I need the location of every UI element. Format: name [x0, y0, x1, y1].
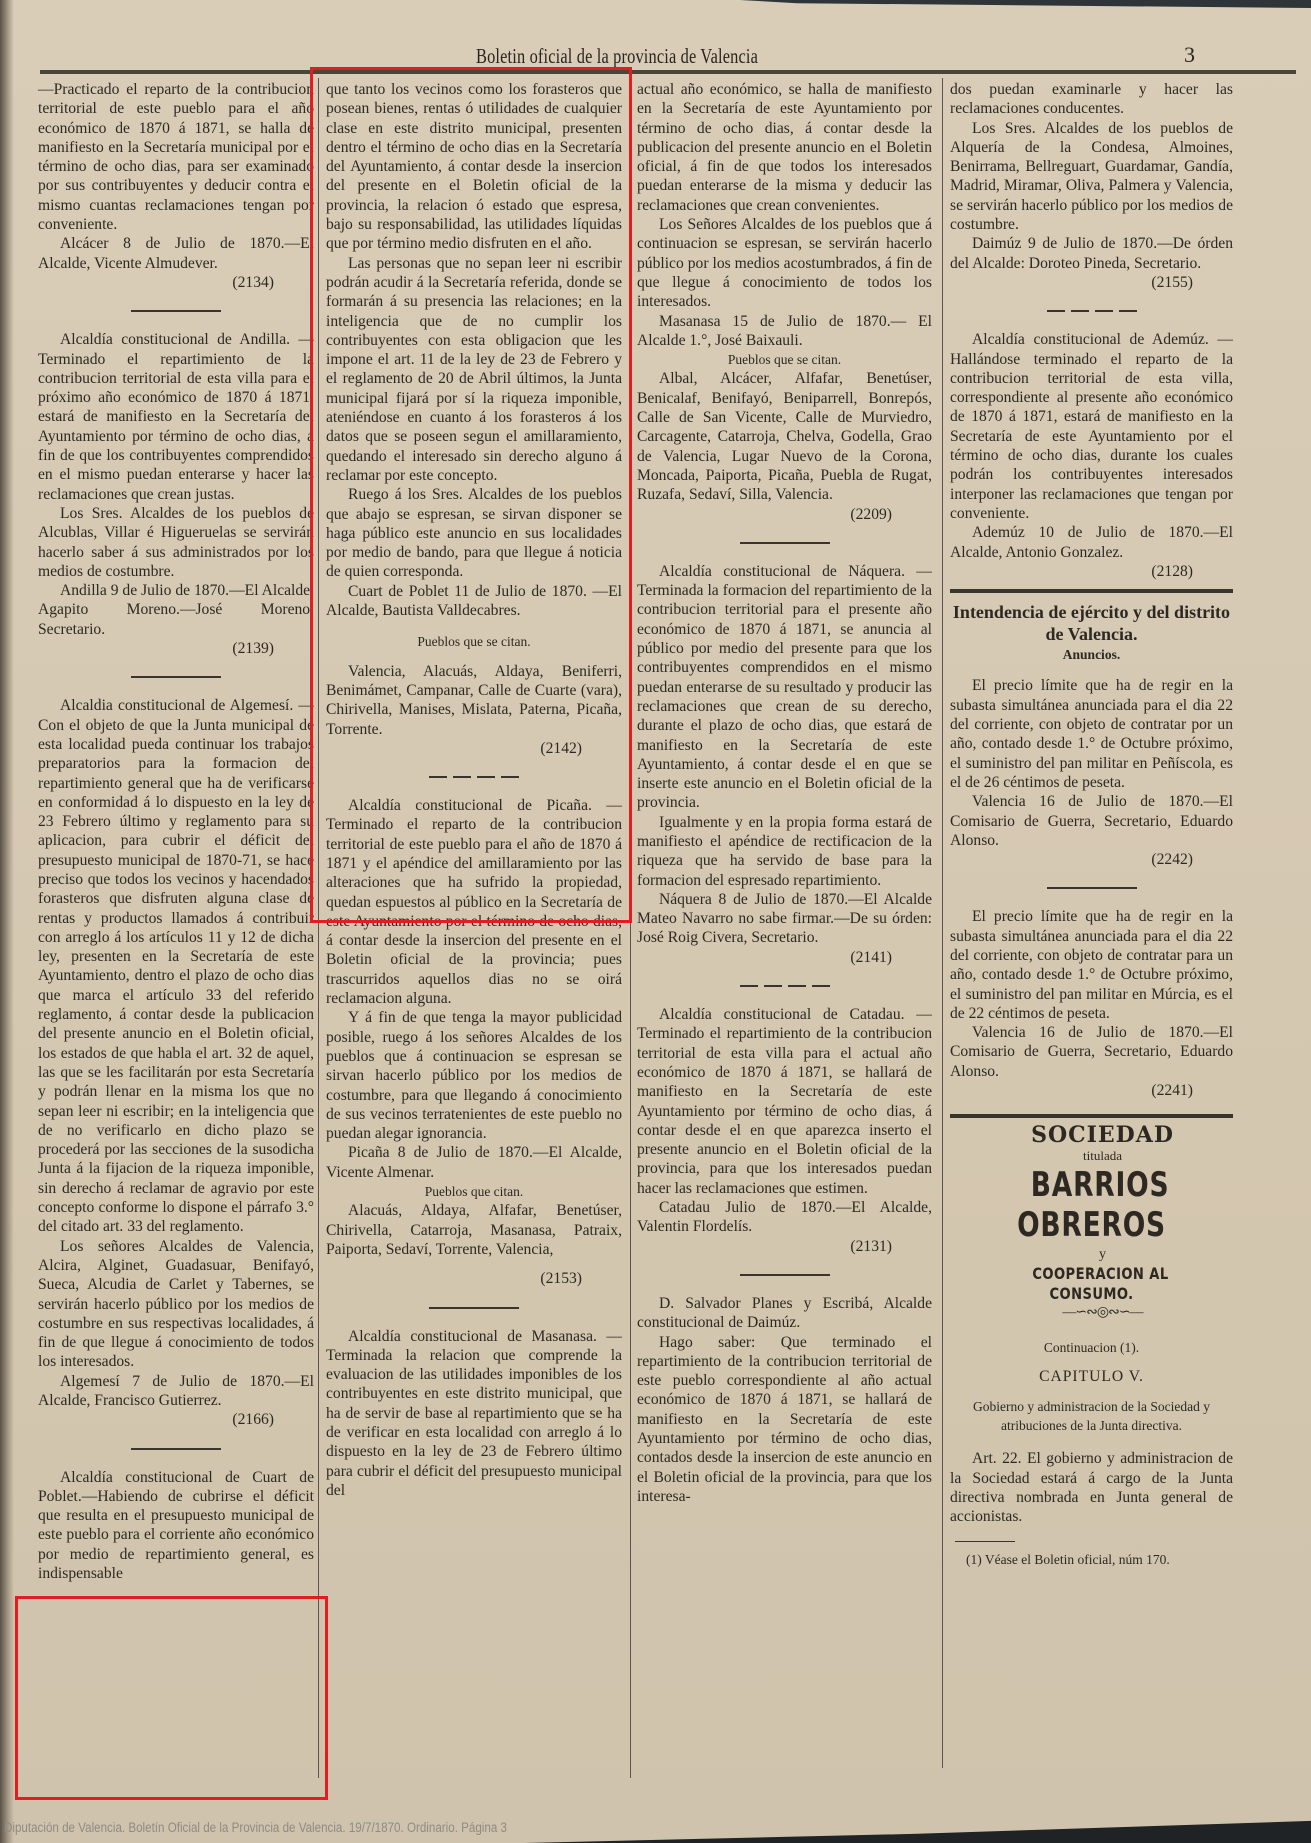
separator-rule [1047, 310, 1137, 312]
separator-rule [429, 776, 519, 778]
notice-reference: (2131) [637, 1237, 932, 1256]
column-divider [630, 78, 631, 1778]
notice-body: Alcaldía constitucional de Cuart de Pobl… [38, 1468, 314, 1584]
column-3: actual año económico, se halla de manifi… [637, 80, 932, 1506]
society-title-cooperacion: COOPERACION AL CONSUMO. [975, 1264, 1207, 1303]
notice-signature: Náquera 8 de Julio de 1870.—El Alcalde M… [637, 890, 932, 948]
notice-reference: (2142) [326, 739, 622, 758]
separator-rule [740, 985, 830, 987]
section-intendencia: Intendencia de ejército y del distrito d… [950, 601, 1233, 1100]
column-1: —Practicado el reparto de la contribucio… [38, 80, 314, 1583]
notice-cuart-de-poblet-start: Alcaldía constitucional de Cuart de Pobl… [38, 1468, 314, 1584]
notice-body: Alcaldía constitucional de Ademúz. —Hall… [950, 330, 1233, 523]
header-rule [40, 70, 1296, 74]
notice-picana: Alcaldía constitucional de Picaña. —Term… [326, 796, 622, 1288]
separator-rule [131, 1448, 221, 1450]
notice-body: D. Salvador Planes y Escribá, Alcalde co… [637, 1294, 932, 1333]
pueblos-list: Valencia, Alacuás, Aldaya, Beniferri, Be… [326, 662, 622, 739]
running-title: Boletin oficial de la provincia de Valen… [476, 44, 758, 69]
separator-rule [1047, 887, 1137, 889]
pueblos-label: Pueblos que se citan. [326, 632, 622, 651]
pueblos-label: Pueblos que se citan. [637, 350, 932, 369]
section-rule [950, 589, 1233, 593]
separator-rule [131, 310, 221, 312]
notice-body: Alcaldía constitucional de Picaña. —Term… [326, 796, 622, 1008]
notice-body: Los Señores Alcaldes de los pueblos que … [637, 215, 932, 311]
section-sociedad-barrios-obreros: SOCIEDAD titulada BARRIOS OBREROS y COOP… [950, 1126, 1233, 1568]
society-title-sociedad: SOCIEDAD [950, 1126, 1233, 1145]
notice-signature: Cuart de Poblet 11 de Julio de 1870. —El… [326, 582, 622, 621]
notice-body: —Practicado el reparto de la contribucio… [38, 80, 314, 234]
ornament-divider-icon: —∽∾◎∾∽— [950, 1303, 1233, 1322]
section-heading: Intendencia de ejército y del distrito d… [950, 601, 1233, 645]
announcement-signature: Valencia 16 de Julio de 1870.—El Comisar… [950, 792, 1233, 850]
notice-body: Hago saber: Que terminado el repartimien… [637, 1333, 932, 1507]
notice-reference: (2153) [326, 1269, 622, 1288]
notice-daimuz-start: D. Salvador Planes y Escribá, Alcalde co… [637, 1294, 932, 1506]
chapter-subtitle: Gobierno y administracion de la Sociedad… [950, 1397, 1233, 1436]
separator-rule [429, 1307, 519, 1309]
notice-algemesi: Alcaldia constitucional de Algemesí. —Co… [38, 696, 314, 1429]
separator-rule [131, 676, 221, 678]
notice-body: Alcaldía constitucional de Masanasa. —Te… [326, 1327, 622, 1501]
notice-body: Ruego á los Sres. Alcaldes de los pueblo… [326, 485, 622, 581]
announcement-signature: Valencia 16 de Julio de 1870.—El Comisar… [950, 1023, 1233, 1081]
archive-caption-bar: Diputación de Valencia. Boletín Oficial … [0, 1818, 1311, 1843]
section-subheading: Anuncios. [950, 645, 1233, 664]
notice-signature: Andilla 9 de Julio de 1870.—El Alcalde, … [38, 581, 314, 639]
pueblos-label: Pueblos que citan. [326, 1182, 622, 1201]
notice-signature: Daimúz 9 de Julio de 1870.—De órden del … [950, 234, 1233, 273]
page-number: 3 [1184, 42, 1195, 68]
society-title-main: BARRIOS OBREROS [981, 1165, 1202, 1245]
highlight-box-cuart-start [15, 1596, 328, 1800]
notice-signature: Alcácer 8 de Julio de 1870.—El Alcalde, … [38, 234, 314, 273]
notice-alcacer: —Practicado el reparto de la contribucio… [38, 80, 314, 292]
notice-reference: (2209) [637, 505, 932, 524]
notice-ademuz: Alcaldía constitucional de Ademúz. —Hall… [950, 330, 1233, 581]
scan-background-edge [740, 0, 1311, 8]
notice-body: Los Sres. Alcaldes de los pueblos de Alq… [950, 119, 1233, 235]
notice-body: Alcaldía constitucional de Andilla. —Ter… [38, 330, 314, 504]
notice-signature: Algemesí 7 de Julio de 1870.—El Alcalde,… [38, 1372, 314, 1411]
notice-cuart-de-poblet-continued: que tanto los vecinos como los forastero… [326, 80, 622, 758]
society-title-y: y [950, 1245, 1233, 1264]
column-divider [942, 78, 943, 1768]
notice-reference: (2166) [38, 1410, 314, 1429]
society-title-titulada: titulada [950, 1146, 1233, 1165]
notice-body: Alcaldía constitucional de Catadau. —Ter… [637, 1005, 932, 1198]
column-divider [318, 78, 319, 1778]
notice-catadau: Alcaldía constitucional de Catadau. —Ter… [637, 1005, 932, 1256]
footnote: (1) Véase el Boletin oficial, núm 170. [950, 1550, 1233, 1569]
notice-daimuz-continued: dos puedan examinarle y hacer las reclam… [950, 80, 1233, 292]
page-binding-shadow [0, 0, 14, 1843]
notice-body: Alcaldía constitucional de Náquera. —Ter… [637, 562, 932, 813]
notice-masanasa-start: Alcaldía constitucional de Masanasa. —Te… [326, 1327, 622, 1501]
archive-caption: Diputación de Valencia. Boletín Oficial … [4, 1820, 507, 1835]
chapter-heading: CAPITULO V. [950, 1367, 1233, 1386]
newspaper-page: Boletin oficial de la provincia de Valen… [0, 0, 1311, 1843]
notice-body: Igualmente y en la propia forma estará d… [637, 813, 932, 890]
notice-signature: Picaña 8 de Julio de 1870.—El Alcalde, V… [326, 1143, 622, 1182]
column-2: que tanto los vecinos como los forastero… [326, 80, 622, 1500]
notice-body: dos puedan examinarle y hacer las reclam… [950, 80, 1233, 119]
pueblos-list: Alacuás, Aldaya, Alfafar, Benetúser, Chi… [326, 1201, 622, 1259]
notice-body: que tanto los vecinos como los forastero… [326, 80, 622, 254]
notice-signature: Catadau Julio de 1870.—El Alcalde, Valen… [637, 1198, 932, 1237]
notice-reference: (2128) [950, 562, 1233, 581]
notice-body: actual año económico, se halla de manifi… [637, 80, 932, 215]
notice-body: Y á fin de que tenga la mayor publicidad… [326, 1008, 622, 1143]
column-4: dos puedan examinarle y hacer las reclam… [950, 80, 1233, 1569]
announcement-reference: (2242) [950, 850, 1233, 869]
article-22: Art. 22. El gobierno y administracion de… [950, 1449, 1233, 1526]
announcement-body: El precio límite que ha de regir en la s… [950, 676, 1233, 792]
notice-signature: Masanasa 15 de Julio de 1870.— El Alcald… [637, 312, 932, 351]
notice-reference: (2141) [637, 948, 932, 967]
notice-reference: (2134) [38, 273, 314, 292]
notice-body: Los Sres. Alcaldes de los pueblos de Alc… [38, 504, 314, 581]
continuation-label: Continuacion (1). [950, 1338, 1233, 1357]
notice-andilla: Alcaldía constitucional de Andilla. —Ter… [38, 330, 314, 658]
notice-naquera: Alcaldía constitucional de Náquera. —Ter… [637, 562, 932, 967]
notice-reference: (2155) [950, 273, 1233, 292]
notice-signature: Ademúz 10 de Julio de 1870.—El Alcalde, … [950, 523, 1233, 562]
notice-body: Alcaldia constitucional de Algemesí. —Co… [38, 696, 314, 1236]
section-rule [950, 1114, 1233, 1118]
pueblos-list: Albal, Alcácer, Alfafar, Benetúser, Beni… [637, 369, 932, 504]
separator-rule [740, 542, 830, 544]
notice-masanasa-continued: actual año económico, se halla de manifi… [637, 80, 932, 524]
announcement-reference: (2241) [950, 1081, 1233, 1100]
announcement-body: El precio límite que ha de regir en la s… [950, 907, 1233, 1023]
notice-body: Las personas que no sepan leer ni escrib… [326, 254, 622, 486]
separator-rule [740, 1274, 830, 1276]
notice-body: Los señores Alcaldes de Valencia, Alcira… [38, 1237, 314, 1372]
running-header: Boletin oficial de la provincia de Valen… [0, 40, 1311, 70]
footnote-rule [955, 1541, 1015, 1542]
notice-reference: (2139) [38, 639, 314, 658]
